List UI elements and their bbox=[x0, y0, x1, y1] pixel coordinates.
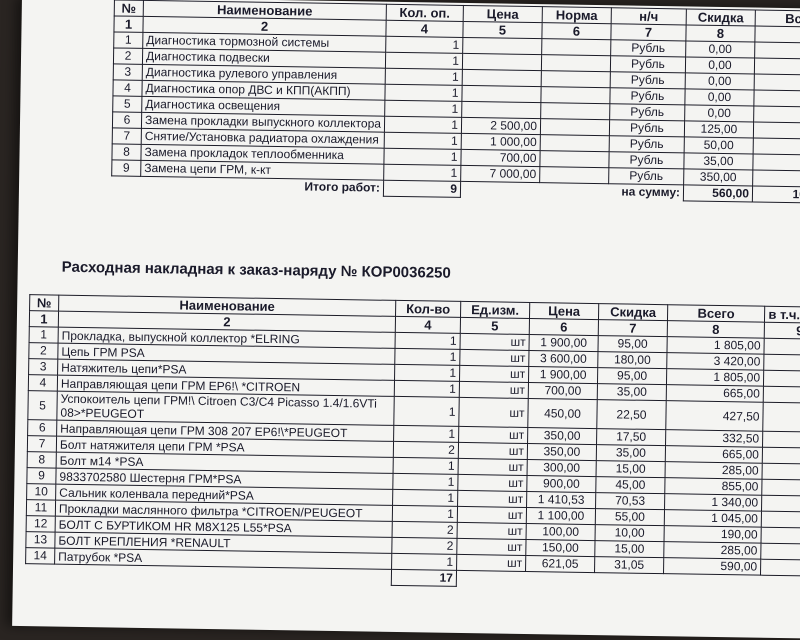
invoice-cell-qty: 1 bbox=[395, 364, 460, 381]
works-cell-total: 0,00 bbox=[754, 58, 800, 76]
works-cell-unit: Рубль bbox=[609, 168, 684, 185]
invoice-cell-price: 621,05 bbox=[526, 555, 595, 572]
invoice-cell-discount: 22,50 bbox=[597, 400, 666, 430]
works-cell-discount: 0,00 bbox=[685, 73, 754, 90]
works-cell-discount: 0,00 bbox=[685, 105, 754, 122]
invoice-cell-qty: 2 bbox=[393, 441, 458, 458]
works-cell-price: 1 000,00 bbox=[461, 133, 540, 150]
invoice-cell-total: 285,00 bbox=[665, 462, 762, 480]
works-cell-qty: 1 bbox=[384, 164, 461, 181]
works-table: №НаименованиеКол. оп.ЦенаНорман/чСкидкаВ… bbox=[111, 0, 800, 205]
invoice-cell-vat: 0,00 bbox=[763, 386, 800, 403]
invoice-col-number: 5 bbox=[460, 317, 529, 334]
invoice-cell-price: 350,00 bbox=[528, 427, 597, 444]
invoice-cell-total: 665,00 bbox=[665, 446, 762, 464]
works-cell-price bbox=[462, 101, 541, 118]
invoice-cell-total: 332,50 bbox=[666, 430, 763, 448]
invoice-cell-vat: 0,00 bbox=[762, 447, 800, 464]
works-cell-n: 9 bbox=[112, 160, 141, 176]
invoice-cell-qty: 2 bbox=[392, 537, 457, 554]
invoice-cell-price: 300,00 bbox=[527, 459, 596, 476]
invoice-cell-n: 3 bbox=[29, 359, 58, 375]
invoice-cell-discount: 95,00 bbox=[598, 336, 667, 353]
works-cell-total: 0,00 bbox=[754, 106, 800, 124]
works-cell-n: 6 bbox=[112, 112, 141, 128]
invoice-cell-n: 2 bbox=[29, 343, 58, 359]
works-cell-discount: 0,00 bbox=[685, 57, 754, 74]
works-cell-qty: 1 bbox=[386, 36, 463, 53]
invoice-cell-total: 1 045,00 bbox=[664, 510, 761, 528]
works-cell-norm bbox=[540, 135, 609, 152]
invoice-cell-n: 9 bbox=[27, 468, 56, 484]
invoice-cell-n: 8 bbox=[27, 452, 56, 468]
works-col-number: 1 bbox=[114, 16, 143, 32]
invoice-cell-discount: 180,00 bbox=[598, 352, 667, 369]
invoice-cell-unit: шт bbox=[460, 365, 529, 382]
invoice-cell-price: 900,00 bbox=[527, 475, 596, 492]
invoice-cell-unit: шт bbox=[460, 333, 529, 350]
works-cell-qty: 1 bbox=[384, 148, 461, 165]
invoice-cell-vat: 0,00 bbox=[764, 338, 800, 355]
works-cell-n: 1 bbox=[114, 32, 143, 48]
invoice-cell-unit: шт bbox=[457, 538, 526, 555]
invoice-cell-vat: 0,00 bbox=[763, 402, 800, 432]
invoice-cell-n: 5 bbox=[28, 391, 57, 420]
invoice-title: Расходная накладная к заказ-наряду № КОР… bbox=[62, 259, 451, 282]
invoice-cell-qty: 1 bbox=[392, 553, 457, 570]
invoice-cell-price: 150,00 bbox=[526, 539, 595, 556]
invoice-cell-discount: 10,00 bbox=[595, 525, 664, 542]
invoice-header-cell: в т.ч. НДС bbox=[764, 306, 800, 323]
invoice-cell-price: 350,00 bbox=[527, 443, 596, 460]
works-total-qty: 9 bbox=[383, 180, 460, 197]
works-cell-discount: 35,00 bbox=[684, 153, 753, 170]
works-cell-price bbox=[462, 85, 541, 102]
invoice-cell-total: 665,00 bbox=[666, 385, 763, 403]
works-cell-price: 700,00 bbox=[461, 149, 540, 166]
works-cell-norm bbox=[540, 119, 609, 136]
works-header-cell: № bbox=[114, 0, 143, 16]
invoice-cell-qty: 1 bbox=[393, 489, 458, 506]
invoice-cell-price: 450,00 bbox=[528, 399, 597, 429]
invoice-col-number: 7 bbox=[598, 320, 667, 337]
invoice-cell-name: Успокоитель цепи ГРМ!\ Citroen C3/C4 Pic… bbox=[57, 391, 394, 425]
works-col-number: 5 bbox=[463, 21, 542, 38]
works-header-cell: Кол. оп. bbox=[386, 4, 463, 21]
works-total-label: Итого работ: bbox=[140, 176, 383, 196]
invoice-cell-vat: 0,00 bbox=[762, 479, 800, 496]
works-cell-unit: Рубль bbox=[609, 152, 684, 169]
works-cell-qty: 1 bbox=[384, 132, 461, 149]
invoice-cell-price: 1 900,00 bbox=[529, 335, 598, 352]
works-cell-unit: Рубль bbox=[610, 104, 685, 121]
invoice-cell-discount: 55,00 bbox=[595, 509, 664, 526]
works-cell-n: 5 bbox=[113, 96, 142, 112]
invoice-cell-n: 14 bbox=[26, 548, 55, 564]
works-cell-total: 950,00 bbox=[753, 138, 800, 156]
invoice-cell-discount: 35,00 bbox=[597, 384, 666, 401]
works-cell-discount: 350,00 bbox=[684, 169, 753, 186]
invoice-cell-n: 13 bbox=[26, 532, 55, 548]
invoice-cell-n: 7 bbox=[27, 436, 56, 452]
works-cell-total: 665,00 bbox=[753, 154, 800, 172]
works-cell-norm bbox=[540, 167, 609, 184]
invoice-cell-unit: шт bbox=[458, 442, 527, 459]
invoice-cell-unit: шт bbox=[459, 397, 528, 427]
invoice-cell-vat: 0,00 bbox=[764, 354, 800, 371]
invoice-cell-discount: 95,00 bbox=[597, 368, 666, 385]
invoice-cell-unit: шт bbox=[457, 522, 526, 539]
invoice-cell-qty: 1 bbox=[394, 396, 459, 426]
works-cell-total: 0,00 bbox=[754, 90, 800, 108]
works-cell-norm bbox=[541, 71, 610, 88]
invoice-cell-discount: 31,05 bbox=[595, 557, 664, 574]
invoice-cell-qty: 2 bbox=[392, 521, 457, 538]
works-cell-n: 3 bbox=[113, 64, 142, 80]
invoice-cell-total: 855,00 bbox=[665, 478, 762, 496]
works-cell-qty: 1 bbox=[385, 100, 462, 117]
invoice-cell-discount: 17,50 bbox=[597, 429, 666, 446]
invoice-col-number: 1 bbox=[29, 311, 58, 327]
invoice-cell-price: 1 900,00 bbox=[528, 367, 597, 384]
invoice-col-number: 4 bbox=[395, 316, 460, 333]
invoice-header-cell: Скидка bbox=[598, 304, 667, 321]
works-cell-total: 6 650,00 bbox=[753, 170, 800, 188]
invoice-cell-unit: шт bbox=[459, 426, 528, 443]
works-col-number: 6 bbox=[542, 23, 611, 40]
invoice-cell-qty: 1 bbox=[393, 473, 458, 490]
works-header-cell: Скидка bbox=[686, 9, 755, 26]
works-cell-unit: Рубль bbox=[609, 136, 684, 153]
works-header-cell: н/ч bbox=[611, 8, 686, 25]
invoice-cell-total: 190,00 bbox=[664, 526, 761, 544]
invoice-cell-unit: шт bbox=[460, 349, 529, 366]
works-cell-unit: Рубль bbox=[610, 88, 685, 105]
works-header-cell: Норма bbox=[542, 7, 611, 24]
document-photo: №НаименованиеКол. оп.ЦенаНорман/чСкидкаВ… bbox=[12, 0, 800, 616]
works-cell-price bbox=[462, 53, 541, 70]
invoice-cell-n: 1 bbox=[29, 327, 58, 343]
invoice-cell-discount: 45,00 bbox=[596, 477, 665, 494]
works-cell-discount: 50,00 bbox=[684, 137, 753, 154]
works-cell-n: 8 bbox=[112, 144, 141, 160]
works-cell-total: 2 375,00 bbox=[753, 122, 800, 140]
works-cell-unit: Рубль bbox=[609, 120, 684, 137]
invoice-cell-unit: шт bbox=[458, 490, 527, 507]
invoice-cell-discount: 15,00 bbox=[595, 541, 664, 558]
works-cell-qty: 1 bbox=[385, 52, 462, 69]
works-cell-unit: Рубль bbox=[611, 40, 686, 57]
invoice-cell-qty: 1 bbox=[393, 457, 458, 474]
invoice-cell-vat: 0,00 bbox=[761, 543, 800, 560]
invoice-cell-price: 700,00 bbox=[528, 383, 597, 400]
works-col-number: 7 bbox=[611, 24, 686, 41]
works-cell-discount: 0,00 bbox=[686, 41, 755, 58]
works-cell-price: 7 000,00 bbox=[461, 165, 540, 182]
invoice-cell-qty: 1 bbox=[394, 380, 459, 397]
invoice-cell-n: 10 bbox=[27, 484, 56, 500]
works-cell-norm bbox=[541, 55, 610, 72]
works-cell-price bbox=[462, 69, 541, 86]
invoice-cell-unit: шт bbox=[458, 474, 527, 491]
invoice-header-cell: Цена bbox=[529, 303, 598, 320]
works-col-number: 9 bbox=[755, 26, 800, 44]
invoice-cell-discount: 15,00 bbox=[596, 461, 665, 478]
invoice-cell-vat: 0,00 bbox=[761, 511, 800, 528]
invoice-cell-price: 1 410,53 bbox=[527, 491, 596, 508]
works-cell-discount: 125,00 bbox=[684, 121, 753, 138]
invoice-cell-vat: 0,00 bbox=[761, 495, 800, 512]
works-cell-n: 4 bbox=[113, 80, 142, 96]
works-cell-norm bbox=[541, 103, 610, 120]
invoice-cell-n: 11 bbox=[26, 500, 55, 516]
invoice-cell-n: 4 bbox=[28, 375, 57, 391]
invoice-header-cell: Ед.изм. bbox=[461, 301, 530, 318]
invoice-cell-unit: шт bbox=[458, 458, 527, 475]
invoice-cell-qty: 1 bbox=[394, 425, 459, 442]
invoice-cell-price: 3 600,00 bbox=[529, 351, 598, 368]
works-cell-norm bbox=[540, 151, 609, 168]
invoice-header-cell: Кол-во bbox=[396, 300, 461, 317]
works-cell-n: 2 bbox=[113, 48, 142, 64]
invoice-cell-vat: 0,00 bbox=[761, 527, 800, 544]
works-cell-qty: 1 bbox=[385, 84, 462, 101]
invoice-cell-discount: 35,00 bbox=[596, 445, 665, 462]
invoice-cell-vat: 0,00 bbox=[760, 559, 800, 576]
invoice-cell-qty: 1 bbox=[395, 348, 460, 365]
invoice-cell-n: 12 bbox=[26, 516, 55, 532]
works-cell-total: 0,00 bbox=[754, 74, 800, 92]
invoice-header-cell: № bbox=[30, 295, 59, 311]
invoice-cell-vat: 0,00 bbox=[763, 431, 800, 448]
invoice-header-cell: Всего bbox=[667, 305, 764, 323]
works-cell-norm bbox=[541, 87, 610, 104]
invoice-cell-total: 1 805,00 bbox=[667, 337, 764, 355]
works-sum-label: на сумму: bbox=[608, 184, 683, 201]
works-cell-n: 7 bbox=[112, 128, 141, 144]
works-cell-qty: 1 bbox=[384, 116, 461, 133]
works-cell-unit: Рубль bbox=[610, 72, 685, 89]
invoice-cell-n: 6 bbox=[28, 420, 57, 436]
invoice-cell-vat: 0,00 bbox=[762, 463, 800, 480]
works-sum-total: 10 640,00 bbox=[752, 186, 800, 204]
invoice-cell-discount: 70,53 bbox=[596, 493, 665, 510]
works-header-cell: Всего bbox=[755, 10, 800, 28]
works-col-number: 4 bbox=[386, 20, 463, 37]
invoice-cell-total: 285,00 bbox=[664, 542, 761, 560]
invoice-col-number: 8 bbox=[667, 321, 764, 339]
invoice-cell-unit: шт bbox=[459, 381, 528, 398]
works-cell-price bbox=[463, 37, 542, 54]
invoice-cell-price: 100,00 bbox=[526, 523, 595, 540]
invoice-col-number: 6 bbox=[529, 319, 598, 336]
works-cell-discount: 0,00 bbox=[685, 89, 754, 106]
invoice-cell-total: 1 340,00 bbox=[665, 494, 762, 512]
invoice-cell-total: 590,00 bbox=[664, 558, 761, 576]
works-cell-norm bbox=[542, 39, 611, 56]
invoice-cell-total: 1 805,00 bbox=[666, 369, 763, 387]
works-col-number: 8 bbox=[686, 25, 755, 42]
works-sum-discount: 560,00 bbox=[683, 185, 752, 202]
invoice-cell-total: 3 420,00 bbox=[667, 353, 764, 371]
works-cell-price: 2 500,00 bbox=[461, 117, 540, 134]
works-cell-unit: Рубль bbox=[610, 56, 685, 73]
invoice-cell-total: 427,50 bbox=[666, 401, 763, 432]
invoice-cell-price: 1 100,00 bbox=[526, 507, 595, 524]
invoice-cell-unit: шт bbox=[457, 506, 526, 523]
invoice-total-qty: 17 bbox=[391, 569, 456, 586]
invoice-cell-qty: 1 bbox=[395, 332, 460, 349]
works-cell-qty: 1 bbox=[385, 68, 462, 85]
invoice-cell-unit: шт bbox=[457, 554, 526, 571]
works-header-cell: Цена bbox=[463, 5, 542, 22]
works-cell-total: 0,00 bbox=[755, 42, 800, 60]
invoice-cell-qty: 1 bbox=[392, 505, 457, 522]
invoice-table: №НаименованиеКол-воЕд.изм.ЦенаСкидкаВсег… bbox=[25, 294, 800, 593]
invoice-col-number: 9 bbox=[764, 322, 800, 339]
invoice-cell-vat: 0,00 bbox=[763, 370, 800, 387]
